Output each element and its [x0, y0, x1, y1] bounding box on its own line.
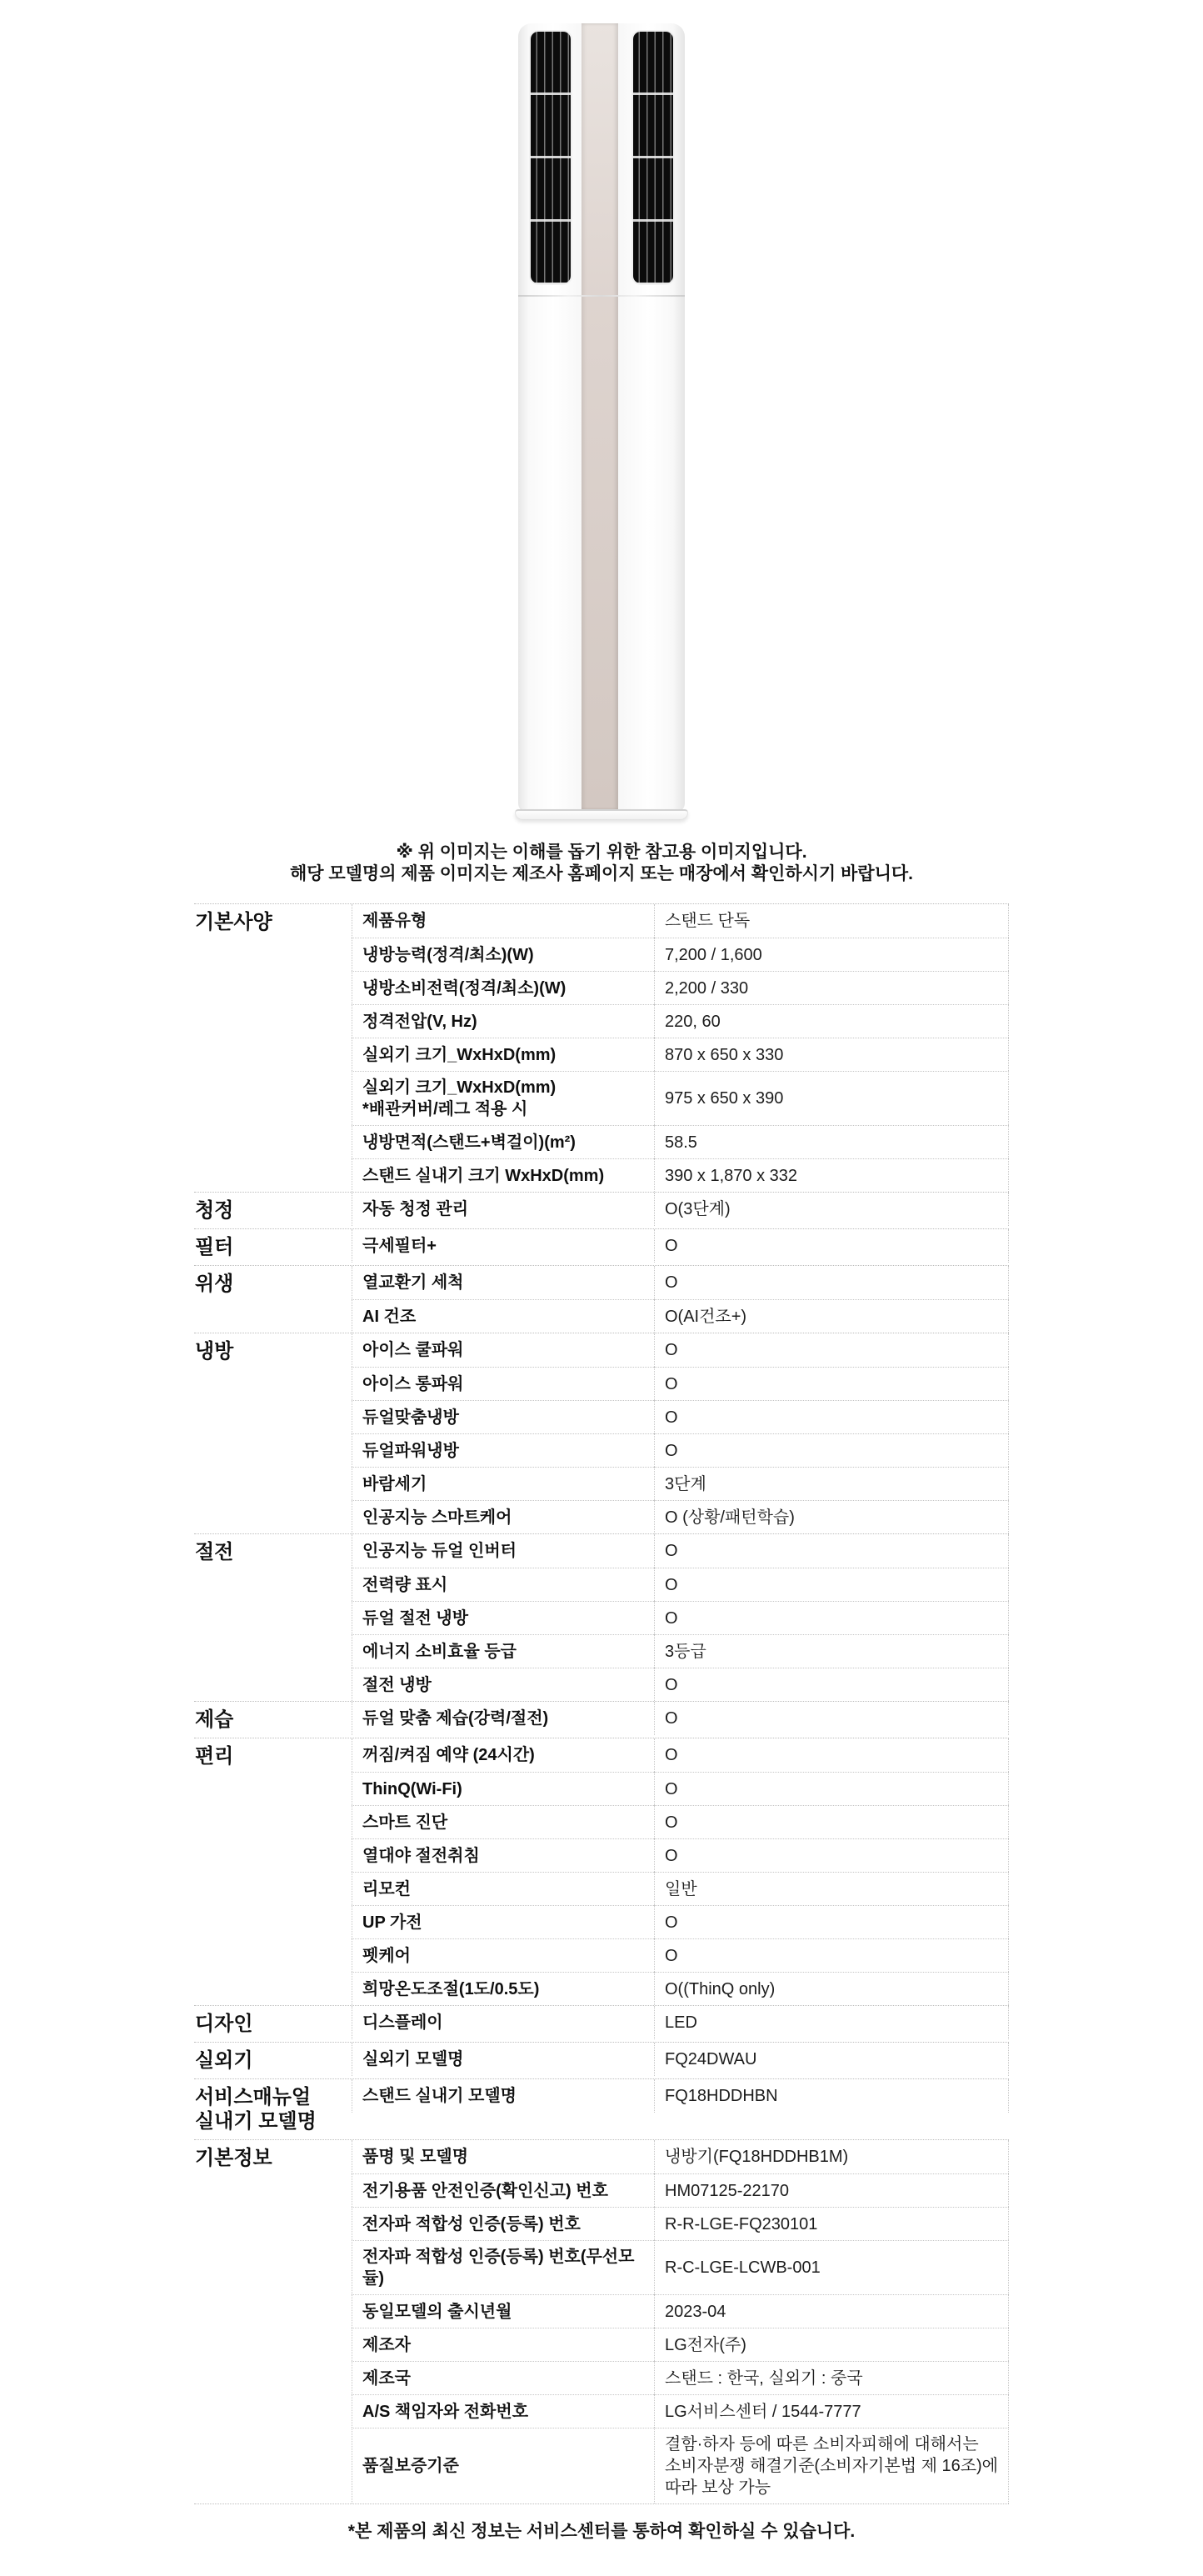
spec-item-label: 실외기 크기_WxHxD(mm) *배관커버/레그 적용 시 [352, 1071, 654, 1125]
spec-item-value: 58.5 [654, 1125, 1009, 1158]
spec-item-value: O [654, 1266, 1009, 1299]
spec-item-value: O [654, 1772, 1009, 1805]
spec-item-label: 품명 및 모델명 [352, 2140, 654, 2173]
spec-row: 전력량 표시 O [352, 1568, 1009, 1601]
spec-row: 듀얼 맞춤 제습(강력/절전) O [352, 1702, 1009, 1735]
spec-item-label: 극세필터+ [352, 1229, 654, 1263]
spec-section: 서비스매뉴얼 실내기 모델명 스탠드 실내기 모델명 FQ18HDDHBN [194, 2078, 1009, 2139]
spec-row: 아이스 쿨파워 O [352, 1333, 1009, 1367]
spec-row: 스마트 진단 O [352, 1805, 1009, 1838]
spec-item-label: 품질보증기준 [352, 2428, 654, 2503]
spec-item-label: 듀얼맞춤냉방 [352, 1400, 654, 1433]
spec-row: 듀얼맞춤냉방 O [352, 1400, 1009, 1433]
spec-section: 실외기 실외기 모델명 FQ24DWAU [194, 2042, 1009, 2078]
right-air-vent-grille [633, 32, 673, 283]
spec-category-label: 제습 [194, 1702, 352, 1738]
spec-row: 아이스 롱파워 O [352, 1367, 1009, 1400]
spec-rows: 품명 및 모델명 냉방기(FQ18HDDHB1M) 전기용품 안전인증(확인신고… [352, 2140, 1009, 2503]
spec-item-value: O [654, 1805, 1009, 1838]
spec-item-value: O [654, 1534, 1009, 1568]
spec-row: 전자파 적합성 인증(등록) 번호 R-R-LGE-FQ230101 [352, 2207, 1009, 2240]
disclaimer-line-2: 해당 모델명의 제품 이미지는 제조사 홈페이지 또는 매장에서 확인하시기 바… [0, 863, 1203, 885]
spec-row: 자동 청정 관리 O(3단계) [352, 1193, 1009, 1226]
spec-item-value: O [654, 1433, 1009, 1467]
spec-item-value: O [654, 1702, 1009, 1735]
spec-row: 인공지능 스마트케어 O (상황/패턴학습) [352, 1500, 1009, 1533]
spec-row: ThinQ(Wi-Fi) O [352, 1772, 1009, 1805]
spec-item-value: O (상황/패턴학습) [654, 1500, 1009, 1533]
spec-row: 스탠드 실내기 크기 WxHxD(mm) 390 x 1,870 x 332 [352, 1158, 1009, 1192]
spec-row: 절전 냉방 O [352, 1668, 1009, 1701]
product-image [518, 23, 685, 820]
spec-row: 열대야 절전취침 O [352, 1838, 1009, 1872]
spec-item-value: 스탠드 단독 [654, 904, 1009, 938]
spec-rows: 듀얼 맞춤 제습(강력/절전) O [352, 1702, 1009, 1738]
spec-item-label: 실외기 크기_WxHxD(mm) [352, 1038, 654, 1071]
spec-item-value: O [654, 1333, 1009, 1367]
spec-row: 냉방능력(정격/최소)(W) 7,200 / 1,600 [352, 938, 1009, 971]
spec-item-value: O [654, 1400, 1009, 1433]
spec-rows: 꺼짐/켜짐 예약 (24시간) O ThinQ(Wi-Fi) O 스마트 진단 … [352, 1738, 1009, 2005]
spec-section: 청정 자동 청정 관리 O(3단계) [194, 1192, 1009, 1228]
spec-item-label: 냉방소비전력(정격/최소)(W) [352, 971, 654, 1004]
spec-rows: 극세필터+ O [352, 1229, 1009, 1265]
product-base [515, 809, 688, 820]
spec-item-label: 바람세기 [352, 1467, 654, 1500]
spec-item-value: O(AI건조+) [654, 1299, 1009, 1333]
spec-row: 스탠드 실내기 모델명 FQ18HDDHBN [352, 2079, 1009, 2113]
spec-row: UP 가전 O [352, 1905, 1009, 1938]
spec-row: 정격전압(V, Hz) 220, 60 [352, 1004, 1009, 1038]
spec-row: 희망온도조절(1도/0.5도) O((ThinQ only) [352, 1972, 1009, 2005]
spec-row: 듀얼 절전 냉방 O [352, 1601, 1009, 1634]
spec-row: 품명 및 모델명 냉방기(FQ18HDDHB1M) [352, 2140, 1009, 2173]
footer-note: *본 제품의 최신 정보는 서비스센터를 통하여 확인하실 수 있습니다. [0, 2518, 1203, 2543]
spec-item-label: ThinQ(Wi-Fi) [352, 1772, 654, 1805]
spec-item-value: O [654, 1905, 1009, 1938]
spec-category-label: 냉방 [194, 1333, 352, 1533]
spec-category-label: 실외기 [194, 2043, 352, 2078]
spec-item-label: 스마트 진단 [352, 1805, 654, 1838]
spec-item-label: 펫케어 [352, 1938, 654, 1972]
spec-category-label: 절전 [194, 1534, 352, 1701]
spec-row: 에너지 소비효율 등급 3등급 [352, 1634, 1009, 1668]
spec-item-value: HM07125-22170 [654, 2173, 1009, 2207]
spec-item-label: 절전 냉방 [352, 1668, 654, 1701]
spec-item-value: 결함·하자 등에 따른 소비자피해에 대해서는 소비자분쟁 해결기준(소비자기본… [654, 2428, 1009, 2503]
spec-item-value: 7,200 / 1,600 [654, 938, 1009, 971]
spec-row: 인공지능 듀얼 인버터 O [352, 1534, 1009, 1568]
spec-section: 필터 극세필터+ O [194, 1228, 1009, 1265]
spec-item-label: 실외기 모델명 [352, 2043, 654, 2076]
spec-rows: 열교환기 세척 O AI 건조 O(AI건조+) [352, 1266, 1009, 1333]
spec-item-label: 아이스 롱파워 [352, 1367, 654, 1400]
spec-row: 리모컨 일반 [352, 1872, 1009, 1905]
spec-item-value: 390 x 1,870 x 332 [654, 1158, 1009, 1192]
spec-item-value: O [654, 1568, 1009, 1601]
spec-item-label: 인공지능 듀얼 인버터 [352, 1534, 654, 1568]
spec-item-value: 냉방기(FQ18HDDHB1M) [654, 2140, 1009, 2173]
spec-item-value: R-C-LGE-LCWB-001 [654, 2240, 1009, 2294]
spec-section: 제습 듀얼 맞춤 제습(강력/절전) O [194, 1701, 1009, 1738]
spec-row: 듀얼파워냉방 O [352, 1433, 1009, 1467]
spec-table: 기본사양 제품유형 스탠드 단독 냉방능력(정격/최소)(W) 7,200 / … [194, 903, 1009, 2504]
spec-row: 품질보증기준 결함·하자 등에 따른 소비자피해에 대해서는 소비자분쟁 해결기… [352, 2428, 1009, 2503]
spec-item-label: 전기용품 안전인증(확인신고) 번호 [352, 2173, 654, 2207]
spec-item-label: 제조자 [352, 2328, 654, 2361]
spec-item-value: O((ThinQ only) [654, 1972, 1009, 2005]
spec-row: 냉방소비전력(정격/최소)(W) 2,200 / 330 [352, 971, 1009, 1004]
spec-row: 냉방면적(스탠드+벽걸이)(m²) 58.5 [352, 1125, 1009, 1158]
spec-item-label: 전자파 적합성 인증(등록) 번호(무선모듈) [352, 2240, 654, 2294]
spec-category-label: 기본사양 [194, 904, 352, 1192]
spec-section: 절전 인공지능 듀얼 인버터 O 전력량 표시 O 듀얼 절전 냉방 O 에너지… [194, 1533, 1009, 1701]
spec-row: 열교환기 세척 O [352, 1266, 1009, 1299]
disclaimer-line-1: ※ 위 이미지는 이해를 돕기 위한 참고용 이미지입니다. [0, 842, 1203, 863]
spec-section: 위생 열교환기 세척 O AI 건조 O(AI건조+) [194, 1265, 1009, 1333]
spec-item-value: LG전자(주) [654, 2328, 1009, 2361]
body-seam-line [518, 295, 685, 297]
spec-item-value: 스탠드 : 한국, 실외기 : 중국 [654, 2361, 1009, 2394]
spec-category-label: 서비스매뉴얼 실내기 모델명 [194, 2079, 352, 2139]
spec-category-label: 기본정보 [194, 2140, 352, 2503]
spec-row: A/S 책임자와 전화번호 LG서비스센터 / 1544-7777 [352, 2394, 1009, 2428]
spec-row: 디스플레이 LED [352, 2006, 1009, 2039]
air-conditioner-body [518, 23, 685, 812]
spec-item-value: FQ24DWAU [654, 2043, 1009, 2076]
left-panel [518, 23, 582, 810]
spec-section: 디자인 디스플레이 LED [194, 2005, 1009, 2042]
spec-item-label: 열대야 절전취침 [352, 1838, 654, 1872]
spec-rows: 인공지능 듀얼 인버터 O 전력량 표시 O 듀얼 절전 냉방 O 에너지 소비… [352, 1534, 1009, 1701]
spec-item-value: 3단계 [654, 1467, 1009, 1500]
center-accent-strip [582, 23, 618, 810]
spec-item-label: UP 가전 [352, 1905, 654, 1938]
spec-item-value: O [654, 1738, 1009, 1772]
spec-row: 동일모델의 출시년월 2023-04 [352, 2294, 1009, 2328]
left-air-vent-grille [531, 32, 571, 283]
spec-item-value: LG서비스센터 / 1544-7777 [654, 2394, 1009, 2428]
spec-item-label: 냉방능력(정격/최소)(W) [352, 938, 654, 971]
spec-item-label: 인공지능 스마트케어 [352, 1500, 654, 1533]
spec-item-value: 870 x 650 x 330 [654, 1038, 1009, 1071]
spec-item-label: 듀얼 맞춤 제습(강력/절전) [352, 1702, 654, 1735]
spec-rows: 자동 청정 관리 O(3단계) [352, 1193, 1009, 1228]
spec-item-label: 냉방면적(스탠드+벽걸이)(m²) [352, 1125, 654, 1158]
spec-item-value: O [654, 1367, 1009, 1400]
spec-item-label: AI 건조 [352, 1299, 654, 1333]
spec-item-label: 디스플레이 [352, 2006, 654, 2039]
spec-rows: 디스플레이 LED [352, 2006, 1009, 2042]
spec-row: 극세필터+ O [352, 1229, 1009, 1263]
spec-row: 제조자 LG전자(주) [352, 2328, 1009, 2361]
spec-item-label: 리모컨 [352, 1872, 654, 1905]
spec-item-value: O(3단계) [654, 1193, 1009, 1226]
spec-item-label: 제조국 [352, 2361, 654, 2394]
spec-item-value: 일반 [654, 1872, 1009, 1905]
spec-item-label: A/S 책임자와 전화번호 [352, 2394, 654, 2428]
spec-item-value: O [654, 1229, 1009, 1263]
spec-rows: 실외기 모델명 FQ24DWAU [352, 2043, 1009, 2078]
spec-row: 제품유형 스탠드 단독 [352, 904, 1009, 938]
spec-section: 냉방 아이스 쿨파워 O 아이스 롱파워 O 듀얼맞춤냉방 O 듀얼파워냉방 O… [194, 1333, 1009, 1533]
spec-item-value: 2023-04 [654, 2294, 1009, 2328]
spec-section: 기본사양 제품유형 스탠드 단독 냉방능력(정격/최소)(W) 7,200 / … [194, 903, 1009, 1192]
spec-item-label: 듀얼 절전 냉방 [352, 1601, 654, 1634]
spec-row: 실외기 크기_WxHxD(mm) 870 x 650 x 330 [352, 1038, 1009, 1071]
spec-item-label: 에너지 소비효율 등급 [352, 1634, 654, 1668]
spec-item-label: 정격전압(V, Hz) [352, 1004, 654, 1038]
spec-category-label: 디자인 [194, 2006, 352, 2042]
spec-item-value: O [654, 1938, 1009, 1972]
spec-category-label: 위생 [194, 1266, 352, 1333]
spec-item-label: 제품유형 [352, 904, 654, 938]
spec-item-value: R-R-LGE-FQ230101 [654, 2207, 1009, 2240]
spec-category-label: 청정 [194, 1193, 352, 1228]
spec-row: 실외기 크기_WxHxD(mm) *배관커버/레그 적용 시 975 x 650… [352, 1071, 1009, 1125]
spec-item-label: 꺼짐/켜짐 예약 (24시간) [352, 1738, 654, 1772]
spec-category-label: 편리 [194, 1738, 352, 2005]
spec-row: 펫케어 O [352, 1938, 1009, 1972]
spec-item-value: 220, 60 [654, 1004, 1009, 1038]
spec-row: 전기용품 안전인증(확인신고) 번호 HM07125-22170 [352, 2173, 1009, 2207]
image-disclaimer: ※ 위 이미지는 이해를 돕기 위한 참고용 이미지입니다. 해당 모델명의 제… [0, 842, 1203, 885]
spec-item-label: 자동 청정 관리 [352, 1193, 654, 1226]
spec-rows: 아이스 쿨파워 O 아이스 롱파워 O 듀얼맞춤냉방 O 듀얼파워냉방 O 바람… [352, 1333, 1009, 1533]
spec-item-value: O [654, 1601, 1009, 1634]
spec-row: 전자파 적합성 인증(등록) 번호(무선모듈) R-C-LGE-LCWB-001 [352, 2240, 1009, 2294]
spec-category-label: 필터 [194, 1229, 352, 1265]
spec-item-label: 열교환기 세척 [352, 1266, 654, 1299]
spec-item-value: LED [654, 2006, 1009, 2039]
spec-item-value: FQ18HDDHBN [654, 2079, 1009, 2113]
right-panel [618, 23, 685, 810]
spec-row: 실외기 모델명 FQ24DWAU [352, 2043, 1009, 2076]
spec-section: 편리 꺼짐/켜짐 예약 (24시간) O ThinQ(Wi-Fi) O 스마트 … [194, 1738, 1009, 2005]
page-root: ※ 위 이미지는 이해를 돕기 위한 참고용 이미지입니다. 해당 모델명의 제… [0, 0, 1203, 2543]
spec-item-label: 동일모델의 출시년월 [352, 2294, 654, 2328]
spec-item-label: 아이스 쿨파워 [352, 1333, 654, 1367]
spec-item-label: 전자파 적합성 인증(등록) 번호 [352, 2207, 654, 2240]
spec-item-label: 스탠드 실내기 모델명 [352, 2079, 654, 2113]
spec-rows: 스탠드 실내기 모델명 FQ18HDDHBN [352, 2079, 1009, 2139]
spec-item-label: 전력량 표시 [352, 1568, 654, 1601]
spec-rows: 제품유형 스탠드 단독 냉방능력(정격/최소)(W) 7,200 / 1,600… [352, 904, 1009, 1192]
spec-item-label: 희망온도조절(1도/0.5도) [352, 1972, 654, 2005]
spec-item-value: O [654, 1668, 1009, 1701]
spec-item-label: 듀얼파워냉방 [352, 1433, 654, 1467]
spec-row: 꺼짐/켜짐 예약 (24시간) O [352, 1738, 1009, 1772]
spec-item-value: 975 x 650 x 390 [654, 1071, 1009, 1125]
spec-section: 기본정보 품명 및 모델명 냉방기(FQ18HDDHB1M) 전기용품 안전인증… [194, 2139, 1009, 2503]
spec-item-value: 2,200 / 330 [654, 971, 1009, 1004]
spec-row: 제조국 스탠드 : 한국, 실외기 : 중국 [352, 2361, 1009, 2394]
spec-row: 바람세기 3단계 [352, 1467, 1009, 1500]
spec-item-value: 3등급 [654, 1634, 1009, 1668]
spec-item-value: O [654, 1838, 1009, 1872]
spec-row: AI 건조 O(AI건조+) [352, 1299, 1009, 1333]
spec-item-label: 스탠드 실내기 크기 WxHxD(mm) [352, 1158, 654, 1192]
